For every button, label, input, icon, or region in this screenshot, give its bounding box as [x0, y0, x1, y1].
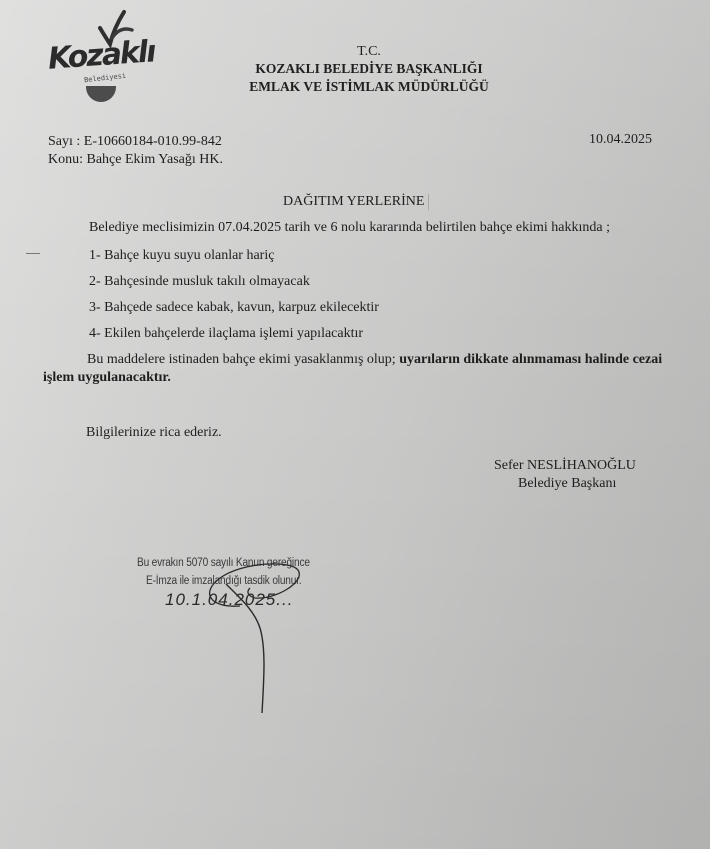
intro-text: Belediye meclisimizin 07.04.2025 tarih v…: [89, 220, 610, 236]
document-date: 10.04.2025: [589, 132, 652, 148]
signatory-name: Sefer NESLİHANOĞLU: [494, 458, 636, 474]
handwritten-signature: [180, 548, 310, 718]
warning-emphasis: uyarıların dikkate alınmaması halinde ce…: [399, 352, 662, 367]
list-item: 2- Bahçesinde musluk takılı olmayacak: [89, 274, 310, 290]
header-institution: KOZAKLI BELEDİYE BAŞKANLIĞI: [0, 61, 710, 77]
list-item: 3- Bahçede sadece kabak, kavun, karpuz e…: [89, 300, 379, 316]
warning-emphasis-continued: işlem uygulanacaktır.: [43, 370, 171, 386]
list-item: 1- Bahçe kuyu suyu olanlar hariç: [89, 248, 274, 264]
signatory-title: Belediye Başkanı: [518, 476, 616, 492]
document-subject: Konu: Bahçe Ekim Yasağı HK.: [48, 152, 223, 168]
warning-text: Bu maddelere istinaden bahçe ekimi yasak…: [87, 352, 399, 367]
header-tc: T.C.: [0, 44, 710, 60]
list-item: 4- Ekilen bahçelerde ilaçlama işlemi yap…: [89, 326, 363, 342]
document-number: Sayı : E-10660184-010.99-842: [48, 134, 222, 150]
stray-mark: [26, 253, 40, 254]
warning-paragraph: Bu maddelere istinaden bahçe ekimi yasak…: [87, 352, 662, 368]
recipient-line: DAĞITIM YERLERİNE: [283, 194, 429, 210]
closing-text: Bilgilerinize rica ederiz.: [86, 425, 222, 441]
header-department: EMLAK VE İSTİMLAK MÜDÜRLÜĞÜ: [0, 79, 710, 95]
